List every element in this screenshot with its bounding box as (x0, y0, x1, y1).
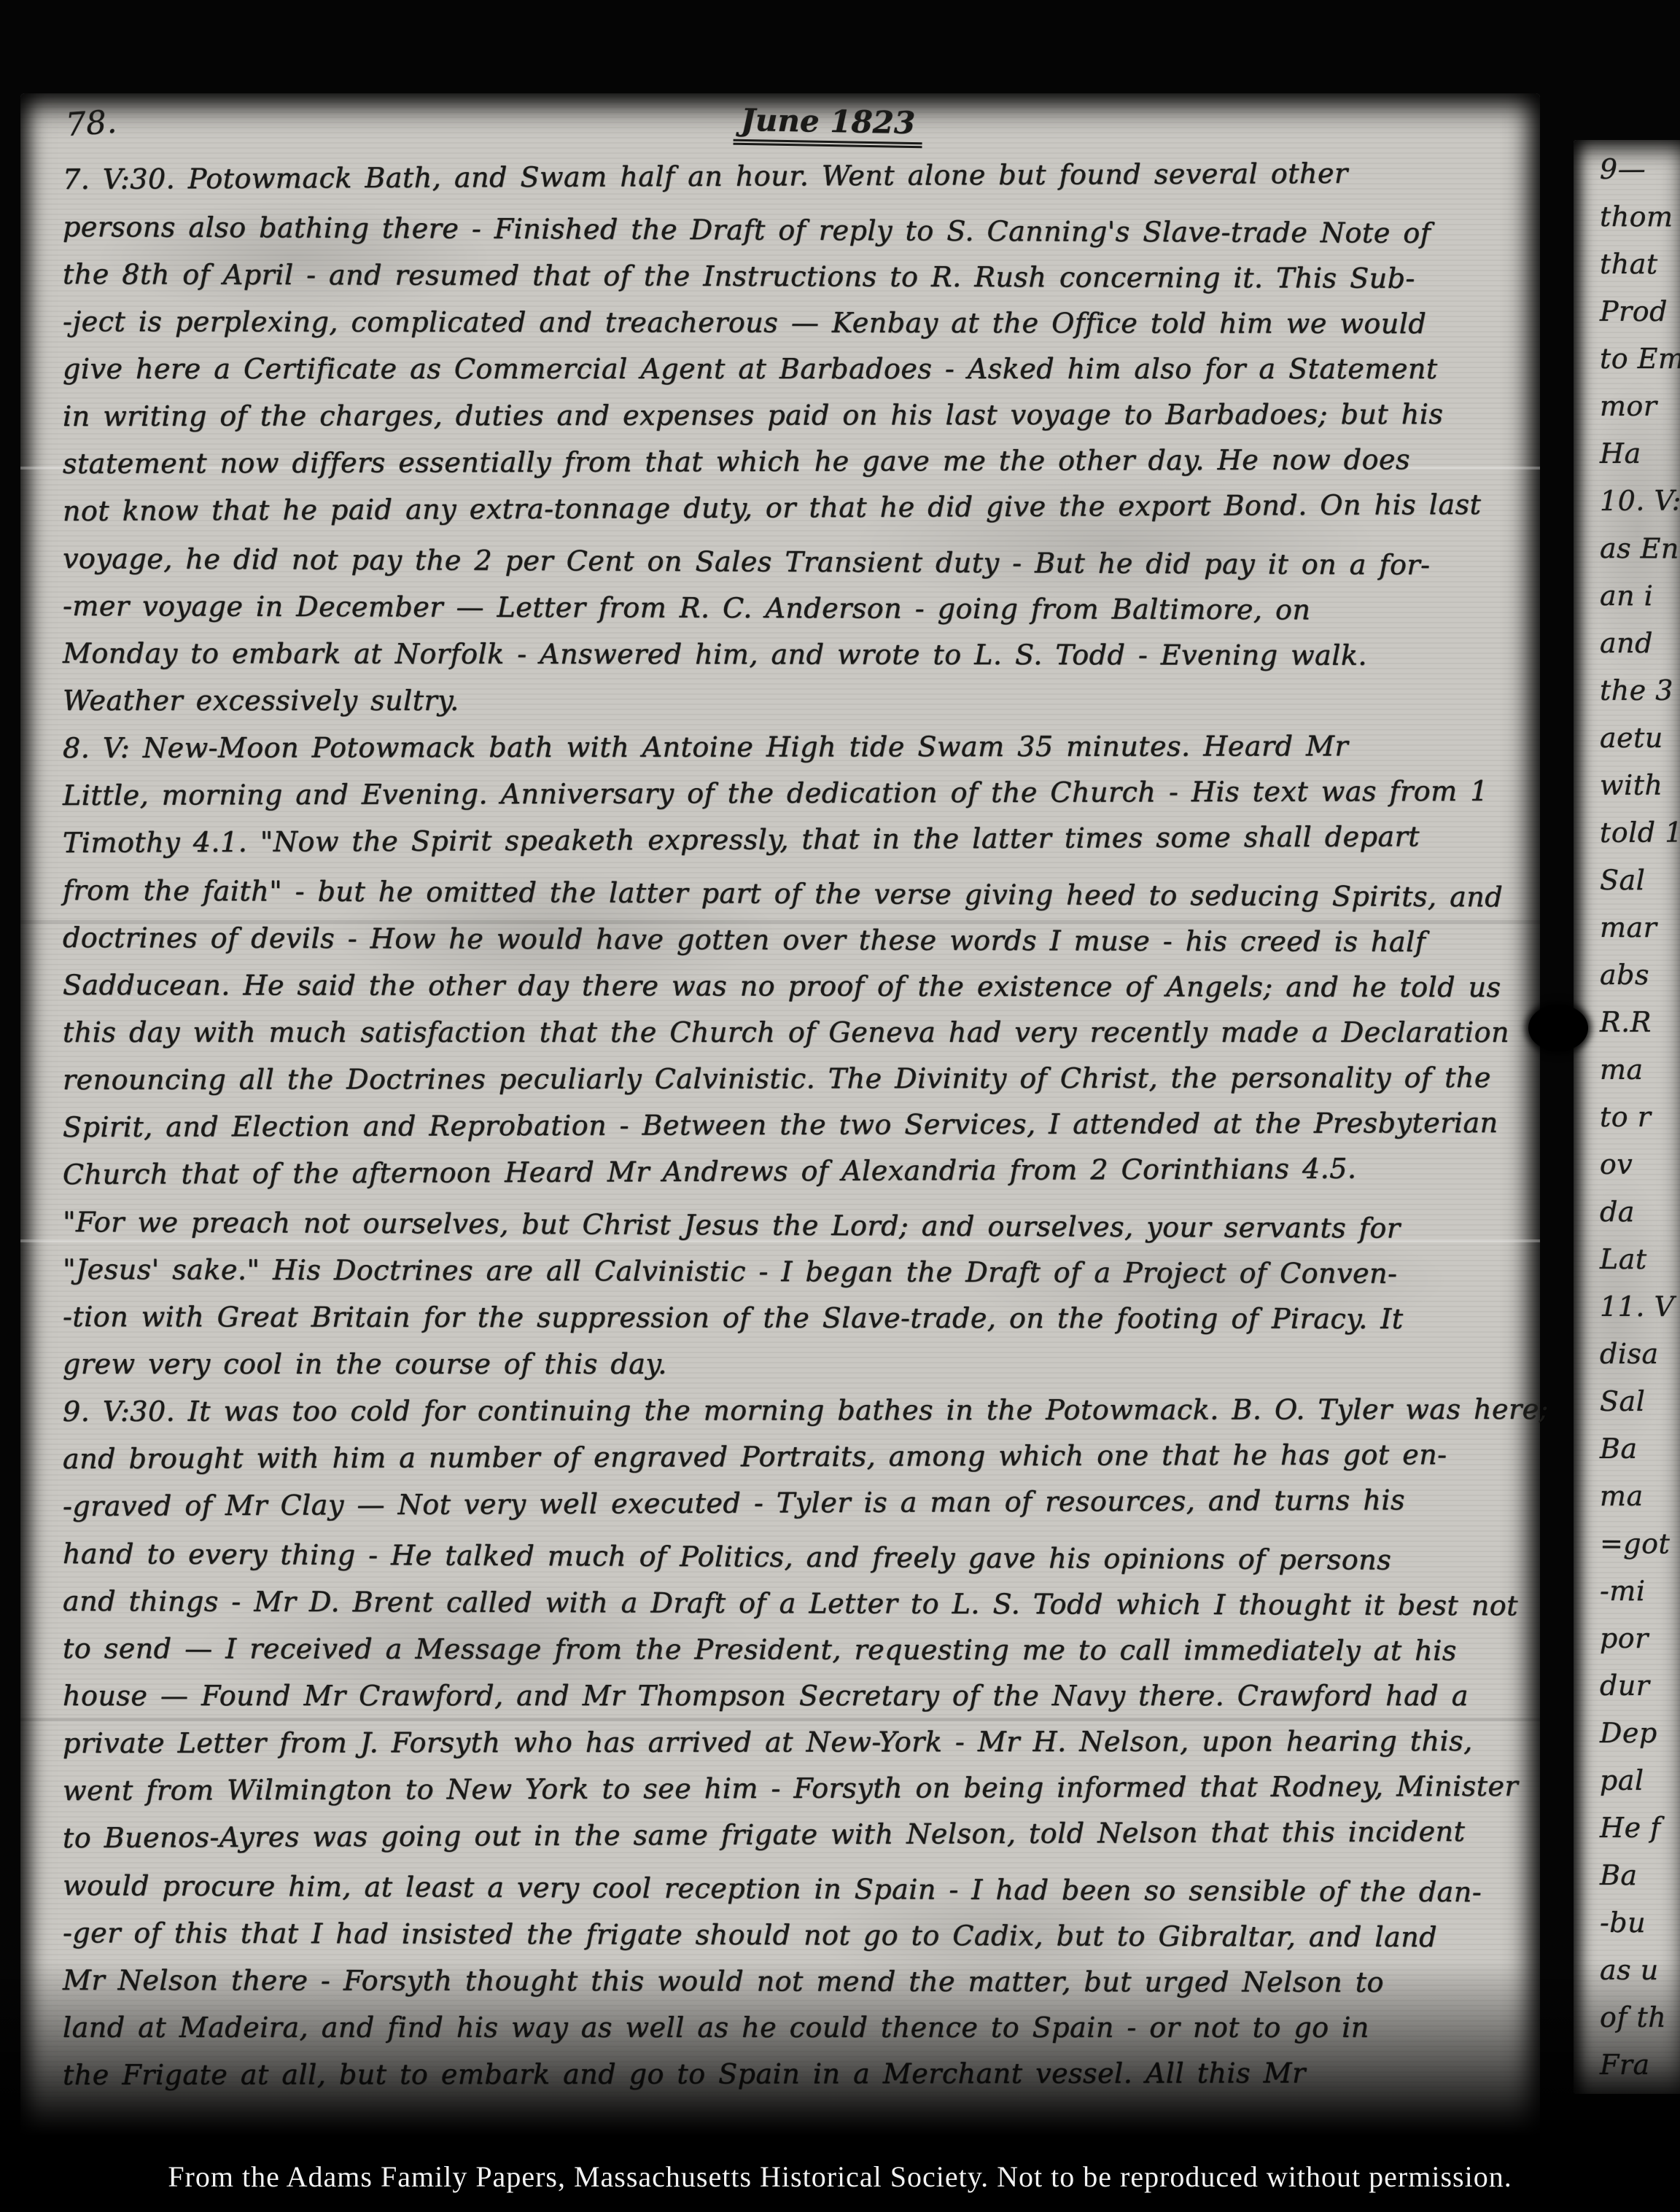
manuscript-line: this day with much satisfaction that the… (63, 1009, 1518, 1056)
sliver-line: Dep (1600, 1710, 1680, 1757)
manuscript-line: from the faith" - but he omitted the lat… (63, 867, 1518, 921)
manuscript-line: renouncing all the Doctrines peculiarly … (63, 1054, 1518, 1104)
manuscript-line: -ject is perplexing, complicated and tre… (63, 298, 1518, 348)
manuscript-line: house — Found Mr Crawford, and Mr Thomps… (63, 1672, 1518, 1720)
manuscript-line: private Letter from J. Forsyth who has a… (63, 1718, 1518, 1767)
manuscript-line: Sadducean. He said the other day there w… (63, 962, 1518, 1011)
sliver-line: ma (1600, 1046, 1680, 1094)
manuscript-line: 9. V:30. It was too cold for continuing … (63, 1386, 1518, 1436)
sliver-line: to r (1600, 1094, 1680, 1141)
footer-band: From the Adams Family Papers, Massachuse… (0, 2141, 1680, 2212)
manuscript-line: the 8th of April - and resumed that of t… (63, 251, 1518, 303)
month-header: June 1823 (734, 102, 923, 149)
manuscript-line: 8. V: New-Moon Potowmack bath with Antoi… (63, 723, 1518, 772)
sliver-line: 10. V: (1600, 477, 1680, 525)
sliver-line: the 3 (1600, 667, 1680, 714)
sliver-line: Sal (1600, 857, 1680, 905)
manuscript-line: doctrines of devils - How he would have … (63, 914, 1518, 966)
manuscript-line: went from Wilmington to New York to see … (63, 1763, 1518, 1815)
sliver-line: He f (1600, 1804, 1680, 1852)
manuscript-line: Monday to embark at Norfolk - Answered h… (63, 630, 1518, 679)
sliver-line: as u (1600, 1947, 1680, 1994)
sliver-line: that (1600, 241, 1680, 288)
manuscript-line: Mr Nelson there - Forsyth thought this w… (63, 1957, 1518, 2006)
manuscript-line: the Frigate at all, but to embark and go… (63, 2049, 1518, 2099)
manuscript-line: voyage, he did not pay the 2 per Cent on… (63, 535, 1518, 589)
sliver-line: told 1 (1600, 809, 1680, 857)
manuscript-line: -graved of Mr Clay — Not very well execu… (63, 1476, 1518, 1530)
sliver-line: disa (1600, 1331, 1680, 1378)
manuscript-line: grew very cool in the course of this day… (63, 1341, 1518, 1388)
sliver-line: Ba (1600, 1852, 1680, 1900)
manuscript-line: would procure him, at least a very cool … (63, 1862, 1518, 1916)
sliver-line: dur (1600, 1662, 1680, 1710)
manuscript-line: 7. V:30. Potowmack Bath, and Swam half a… (63, 149, 1518, 203)
manuscript-line: hand to every thing - He talked much of … (63, 1530, 1518, 1584)
sliver-line: =got (1600, 1520, 1680, 1568)
manuscript-line: statement now differs essentially from t… (63, 436, 1518, 488)
manuscript-line: -tion with Great Britain for the suppres… (63, 1293, 1518, 1343)
sliver-line: as En (1600, 525, 1680, 573)
manuscript-line: persons also bathing there - Finished th… (63, 203, 1518, 257)
manuscript-line: -ger of this that I had insisted the fri… (63, 1909, 1518, 1961)
manuscript-line: "For we preach not ourselves, but Christ… (63, 1199, 1518, 1253)
manuscript-page: 78. June 1823 7. V:30. Potowmack Bath, a… (20, 93, 1540, 2139)
manuscript-line: Spirit, and Election and Reprobation - B… (63, 1099, 1518, 1151)
manuscript-line: and brought with him a number of engrave… (63, 1431, 1518, 1483)
sliver-line: ma (1600, 1472, 1680, 1520)
sliver-line: ov (1600, 1140, 1680, 1188)
manuscript-line: -mer voyage in December — Letter from R.… (63, 583, 1518, 634)
sliver-line: with (1600, 762, 1680, 809)
facing-page-sliver: 9—thomthatProdto EmmorHa10. V:as Enan ia… (1574, 140, 1680, 2094)
sliver-line: -mi (1600, 1568, 1680, 1615)
manuscript-line: in writing of the charges, duties and ex… (63, 391, 1518, 440)
sliver-line: Lat (1600, 1236, 1680, 1283)
sliver-line: Ba (1600, 1425, 1680, 1473)
microfilm-scan: 78. June 1823 7. V:30. Potowmack Bath, a… (0, 0, 1680, 2212)
sliver-line: an i (1600, 572, 1680, 620)
sliver-line: R.R (1600, 999, 1680, 1046)
sliver-line: da (1600, 1188, 1680, 1237)
sliver-line: 11. V (1600, 1283, 1680, 1331)
manuscript-line: Timothy 4.1. "Now the Spirit speaketh ex… (63, 813, 1518, 867)
manuscript-line: land at Madeira, and find his way as wel… (63, 2004, 1518, 2052)
sliver-line: of th (1600, 1994, 1680, 2041)
sliver-line: to Em (1600, 335, 1680, 383)
manuscript-line: give here a Certificate as Commercial Ag… (63, 346, 1518, 393)
binding-hole (1528, 1005, 1588, 1051)
manuscript-line: Church that of the afternoon Heard Mr An… (63, 1145, 1518, 1199)
sliver-line: Prod (1600, 288, 1680, 335)
sliver-line: mar (1600, 904, 1680, 951)
page-number: 78. (64, 104, 117, 144)
manuscript-line: Little, morning and Evening. Anniversary… (63, 768, 1518, 819)
sliver-line: aetu (1600, 714, 1680, 762)
sliver-line: -bu (1600, 1899, 1680, 1947)
manuscript-line: to send — I received a Message from the … (63, 1625, 1518, 1675)
sliver-line: Sal (1600, 1378, 1680, 1425)
sliver-line: and (1600, 620, 1680, 667)
sliver-line: Fra (1600, 2041, 1680, 2089)
manuscript-line: not know that he paid any extra-tonnage … (63, 481, 1518, 535)
manuscript-text: 7. V:30. Potowmack Bath, and Swam half a… (63, 156, 1518, 2099)
sliver-line: Ha (1600, 430, 1680, 478)
manuscript-line: and things - Mr D. Brent called with a D… (63, 1578, 1518, 1629)
sliver-line: 9— (1600, 145, 1680, 193)
sliver-line: por (1600, 1615, 1680, 1662)
sliver-line: pal (1600, 1757, 1680, 1804)
manuscript-line: to Buenos-Ayres was going out in the sam… (63, 1808, 1518, 1862)
sliver-line: thom (1600, 193, 1680, 241)
sliver-line: abs (1600, 951, 1680, 999)
facing-page-text: 9—thomthatProdto EmmorHa10. V:as Enan ia… (1600, 146, 1680, 2089)
footer-credit: From the Adams Family Papers, Massachuse… (168, 2160, 1512, 2194)
manuscript-line: "Jesus' sake." His Doctrines are all Cal… (63, 1246, 1518, 1298)
sliver-line: mor (1600, 383, 1680, 430)
manuscript-line: Weather excessively sultry. (63, 677, 1518, 725)
